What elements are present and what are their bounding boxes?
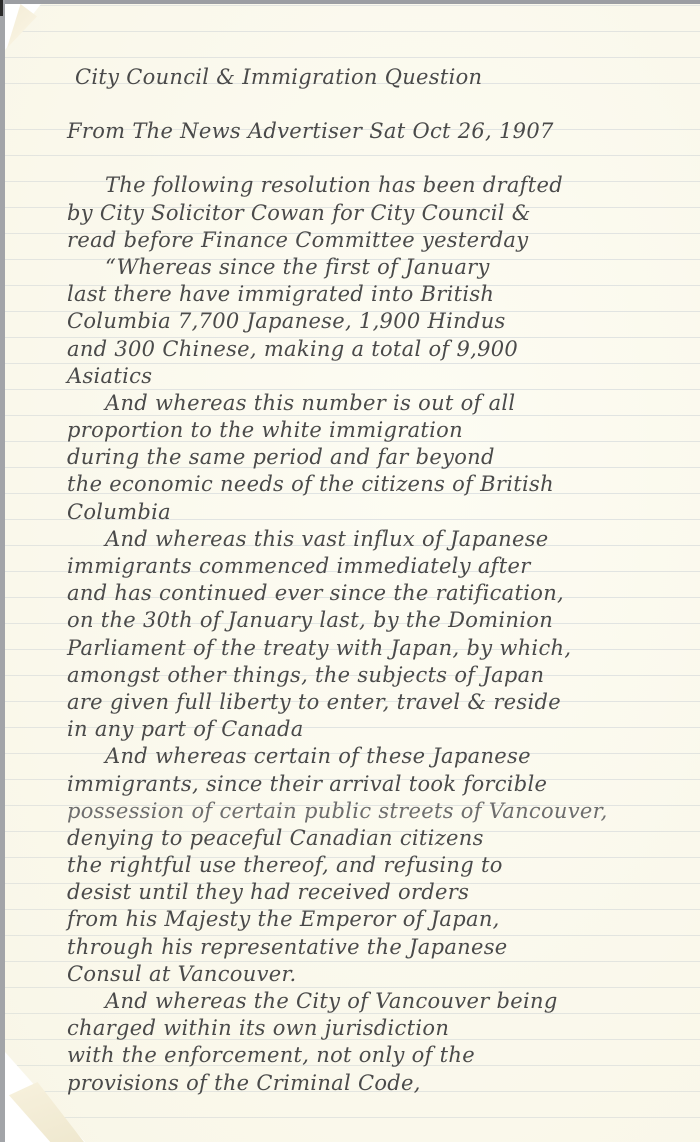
text-line: Columbia 7,700 Japanese, 1,900 Hindus: [67, 308, 683, 335]
document-source: From The News Advertiser Sat Oct 26, 190…: [67, 118, 683, 145]
text-line: And whereas this vast influx of Japanese: [67, 526, 683, 553]
text-line: immigrants, since their arrival took for…: [67, 771, 683, 798]
text-line: amongst other things, the subjects of Ja…: [67, 662, 683, 689]
text-line: “Whereas since the first of January: [67, 254, 683, 281]
text-line: by City Solicitor Cowan for City Council…: [67, 200, 683, 227]
text-line: Consul at Vancouver.: [67, 961, 683, 988]
text-line: And whereas certain of these Japanese: [67, 743, 683, 770]
text-line: last there have immigrated into British: [67, 281, 683, 308]
paragraph-whereas-3: And whereas this vast influx of Japanese…: [67, 526, 683, 744]
paragraph-whereas-5: And whereas the City of Vancouver being …: [67, 988, 683, 1097]
scan-border-corner: [0, 0, 3, 16]
text-line: read before Finance Committee yesterday: [67, 227, 683, 254]
text-line: in any part of Canada: [67, 716, 683, 743]
paragraph-whereas-1: “Whereas since the first of January last…: [67, 254, 683, 390]
text-line: from his Majesty the Emperor of Japan,: [67, 906, 683, 933]
text-line: are given full liberty to enter, travel …: [67, 689, 683, 716]
text-line: Parliament of the treaty with Japan, by …: [67, 635, 683, 662]
text-line: possession of certain public streets of …: [67, 798, 683, 825]
handwritten-text: City Council & Immigration Question From…: [63, 64, 683, 1097]
document-title: City Council & Immigration Question: [75, 64, 683, 91]
text-line: during the same period and far beyond: [67, 444, 683, 471]
text-line: The following resolution has been drafte…: [67, 172, 683, 199]
text-line: the rightful use thereof, and refusing t…: [67, 852, 683, 879]
text-line: with the enforcement, not only of the: [67, 1042, 683, 1069]
text-line: immigrants commenced immediately after: [67, 553, 683, 580]
ruled-paper-page: City Council & Immigration Question From…: [5, 4, 700, 1142]
text-line: provisions of the Criminal Code,: [67, 1070, 683, 1097]
text-line: the economic needs of the citizens of Br…: [67, 471, 683, 498]
text-line: And whereas this number is out of all: [67, 390, 683, 417]
text-line: and 300 Chinese, making a total of 9,900: [67, 336, 683, 363]
text-line: Asiatics: [67, 363, 683, 390]
text-line: desist until they had received orders: [67, 879, 683, 906]
text-line: through his representative the Japanese: [67, 934, 683, 961]
paragraph-whereas-2: And whereas this number is out of all pr…: [67, 390, 683, 526]
paragraph-whereas-4: And whereas certain of these Japanese im…: [67, 743, 683, 988]
text-line: Columbia: [67, 499, 683, 526]
text-line: and has continued ever since the ratific…: [67, 580, 683, 607]
text-line: charged within its own jurisdiction: [67, 1015, 683, 1042]
paragraph-intro: The following resolution has been drafte…: [67, 172, 683, 254]
text-line: on the 30th of January last, by the Domi…: [67, 607, 683, 634]
text-line: denying to peaceful Canadian citizens: [67, 825, 683, 852]
text-line: And whereas the City of Vancouver being: [67, 988, 683, 1015]
text-line: proportion to the white immigration: [67, 417, 683, 444]
